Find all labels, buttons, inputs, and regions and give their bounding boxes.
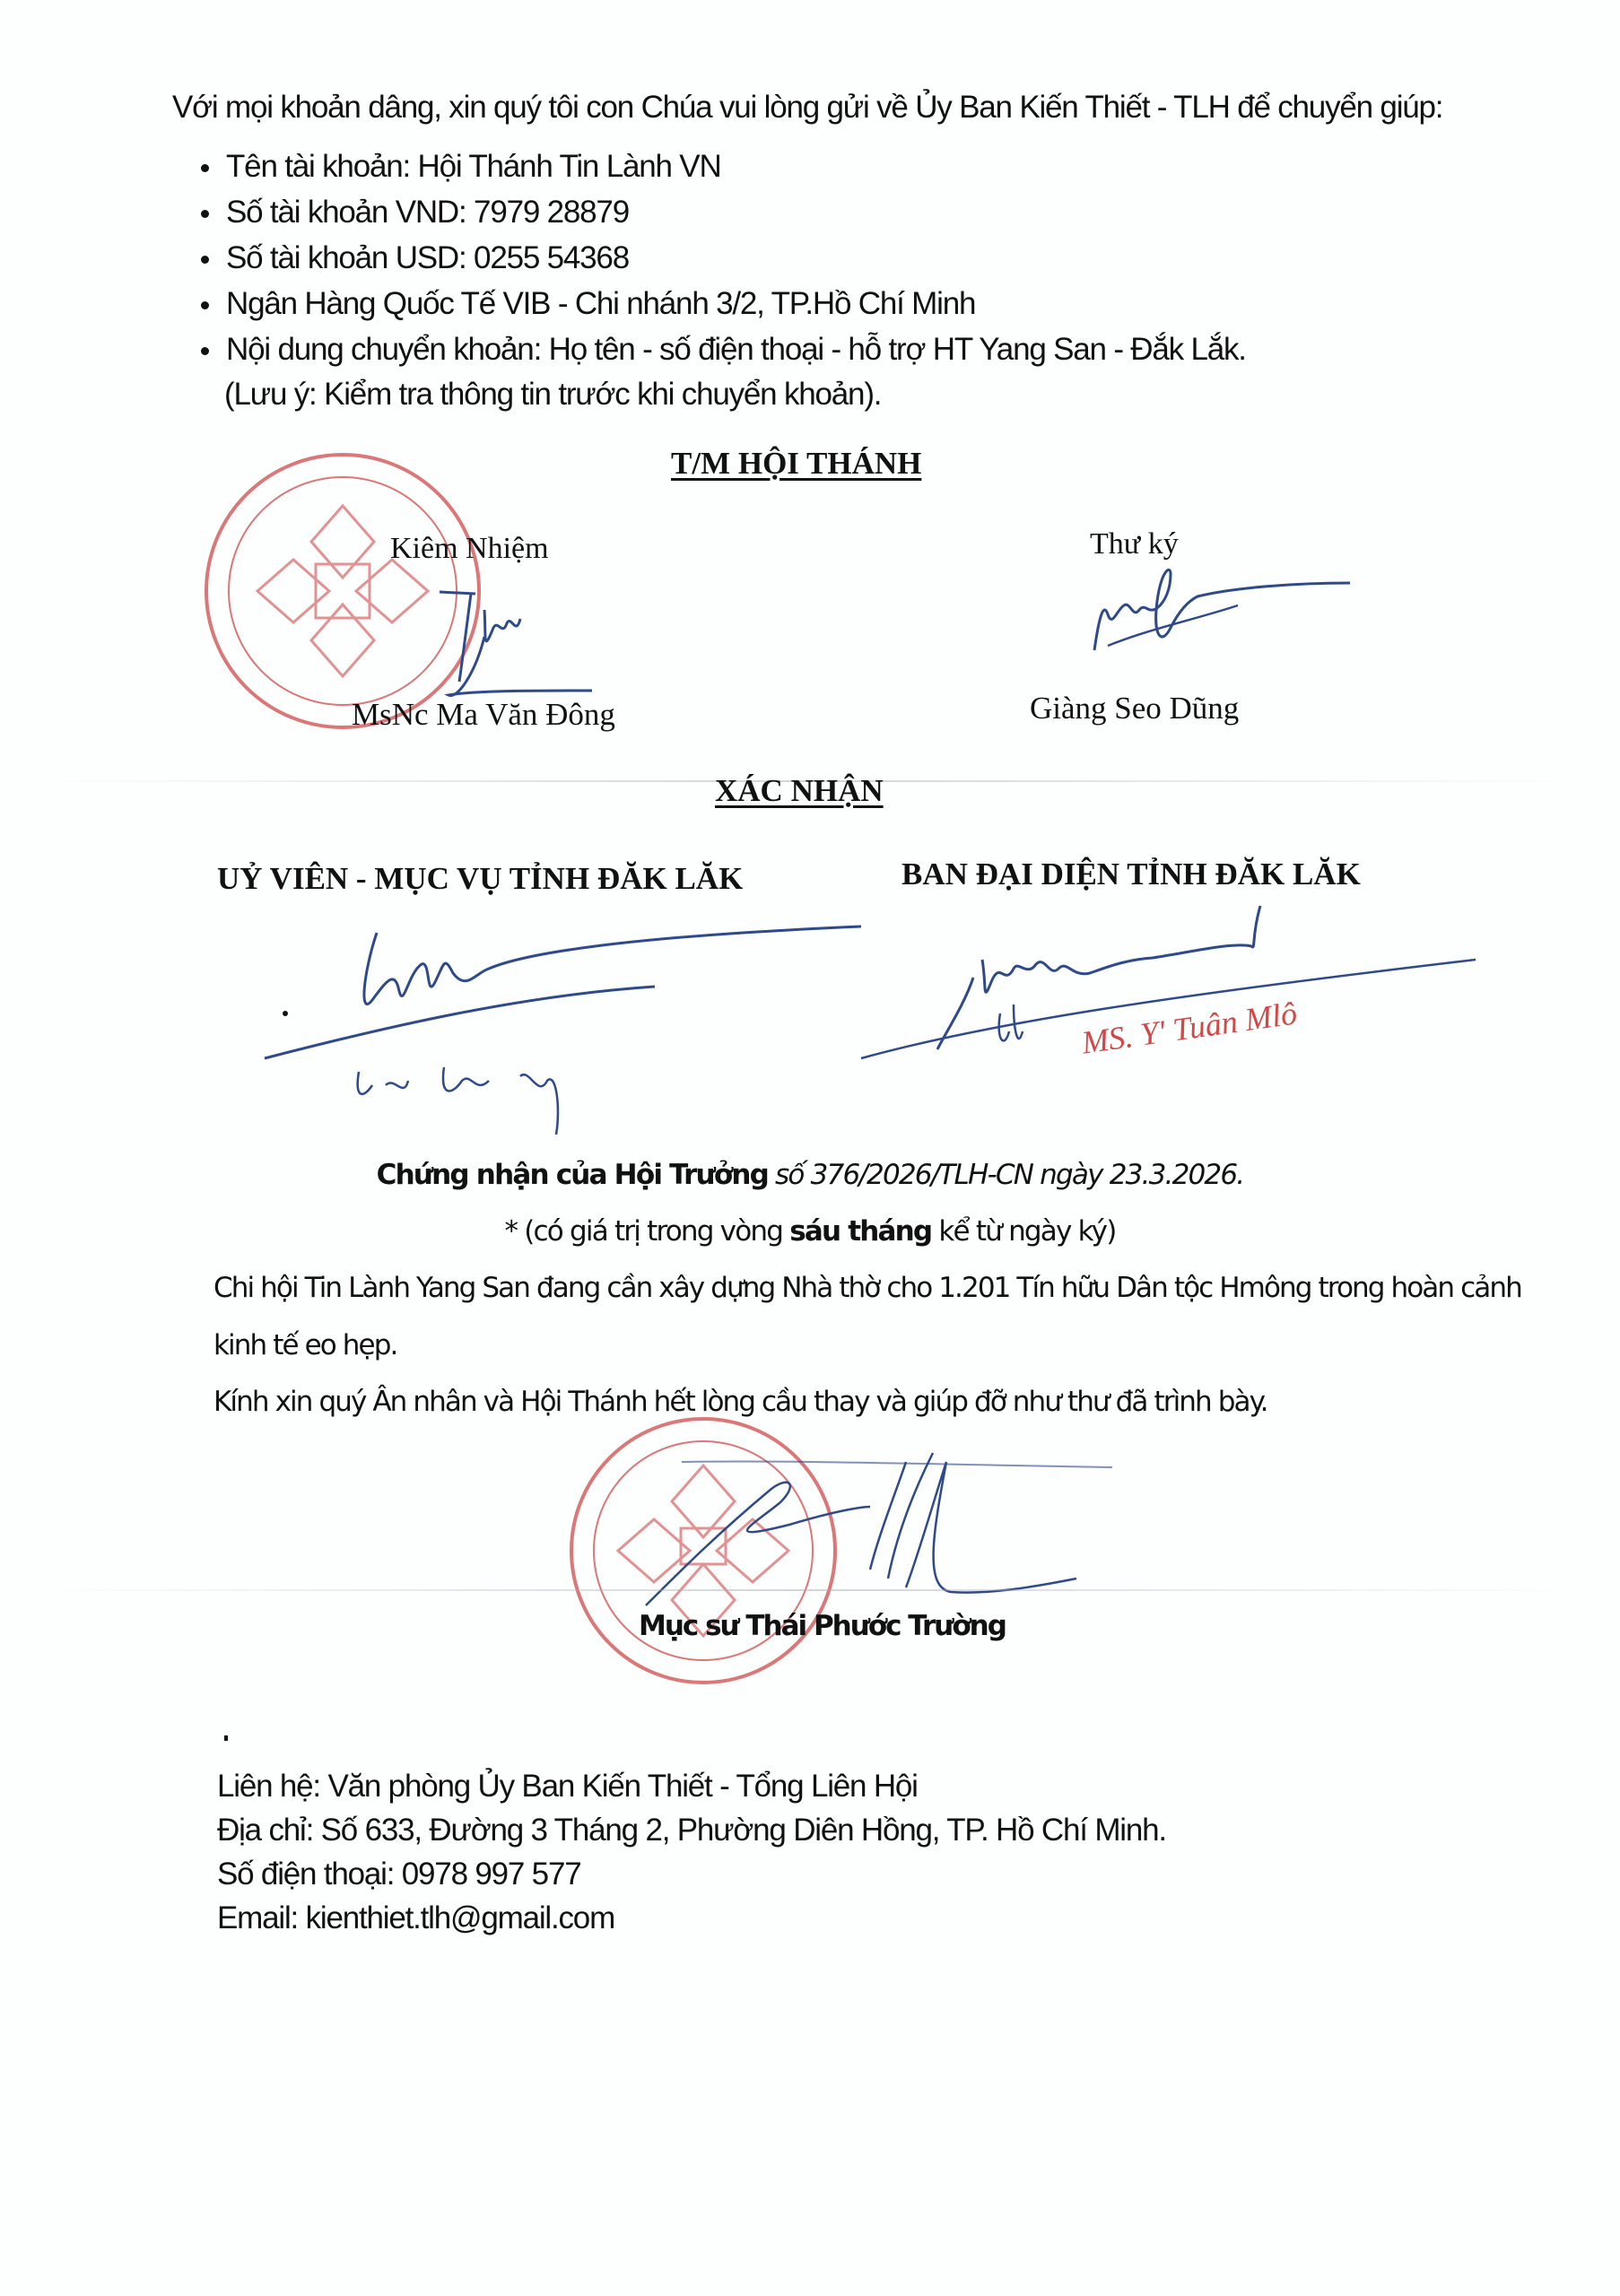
right-signer-name: Giàng Seo Dũng — [1030, 691, 1239, 726]
confirmation-heading: XÁC NHẬN — [715, 773, 884, 809]
donation-intro: Với mọi khoản dâng, xin quý tôi con Chúa… — [172, 90, 1442, 126]
contact-office: Liên hệ: Văn phòng Ủy Ban Kiến Thiết - T… — [217, 1769, 918, 1805]
signature-thai-phuoc-truong — [610, 1435, 1112, 1632]
signature-ma-van-dong — [422, 574, 619, 700]
right-signer-title: Thư ký — [1090, 527, 1179, 561]
contact-address: Địa chỉ: Số 633, Đường 3 Tháng 2, Phường… — [217, 1813, 1166, 1848]
list-item-account-name: Tên tài khoản: Hội Thánh Tin Lành VN — [226, 143, 1246, 189]
signature-y-tuan-mlo — [857, 897, 1485, 1094]
bank-details-list: Tên tài khoản: Hội Thánh Tin Lành VN Số … — [226, 143, 1246, 372]
provincial-board-title: BAN ĐẠI DIỆN TỈNH ĐĂK LĂK — [901, 857, 1361, 892]
provincial-committee-title: UỶ VIÊN - MỤC VỤ TỈNH ĐĂK LĂK — [217, 861, 743, 897]
signature-giang-seo-dung — [1081, 565, 1368, 664]
list-item-usd-account: Số tài khoản USD: 0255 54368 — [226, 235, 1246, 281]
left-signer-title: Kiêm Nhiệm — [390, 532, 549, 566]
contact-phone: Số điện thoại: 0978 997 577 — [217, 1857, 580, 1892]
validity-note: * (có giá trị trong vòng sáu tháng kể từ… — [0, 1215, 1620, 1248]
validity-prefix: * (có giá trị trong vòng — [505, 1215, 790, 1248]
left-signer-name: MsNc Ma Văn Đông — [352, 697, 615, 733]
certificate-line: Chứng nhận của Hội Trưởng số 376/2026/TL… — [0, 1159, 1620, 1191]
transfer-note: (Lưu ý: Kiểm tra thông tin trước khi chu… — [224, 377, 881, 413]
appeal-paragraph-1: Chi hội Tin Lành Yang San đang cần xây d… — [213, 1272, 1521, 1304]
certificate-number: số 376/2026/TLH-CN ngày 23.3.2026. — [768, 1159, 1243, 1191]
appeal-paragraph-2: Kính xin quý Ân nhân và Hội Thánh hết lò… — [213, 1386, 1267, 1418]
signature-huynh-cong — [251, 919, 879, 1144]
list-item-transfer-content: Nội dung chuyển khoản: Họ tên - số điện … — [226, 326, 1246, 372]
validity-suffix: kể từ ngày ký) — [931, 1215, 1115, 1248]
church-heading: T/M HỘI THÁNH — [671, 446, 921, 482]
list-item-vnd-account: Số tài khoản VND: 7979 28879 — [226, 189, 1246, 235]
validity-period: sáu tháng — [789, 1215, 931, 1248]
list-item-bank: Ngân Hàng Quốc Tế VIB - Chi nhánh 3/2, T… — [226, 281, 1246, 326]
certificate-label: Chứng nhận của Hội Trưởng — [377, 1159, 768, 1191]
contact-email[interactable]: Email: kienthiet.tlh@gmail.com — [217, 1900, 614, 1936]
stray-mark — [224, 1735, 228, 1741]
signer-thai-phuoc-truong: Mục sư Thái Phước Trường — [639, 1610, 1006, 1642]
appeal-paragraph-1-cont: kinh tế eo hẹp. — [213, 1329, 396, 1361]
